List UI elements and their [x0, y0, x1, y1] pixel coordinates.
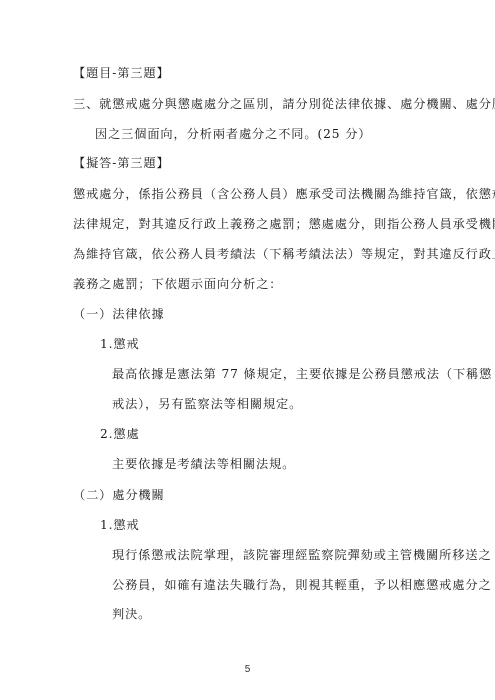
item-text-line: 最高依據是憲法第 77 條規定，主要依據是公務員懲戒法（下稱懲 [112, 366, 492, 382]
item-text-line: 判決。 [112, 606, 151, 622]
question-header: 【題目-第三題】 [73, 65, 170, 81]
item-label-punishment: 2.懲處 [100, 426, 140, 442]
item-text-line: 戒法），另有監察法等相關規定。 [112, 396, 302, 412]
intro-line-4: 義務之處罰；下依題示面向分析之： [73, 276, 282, 292]
item-text-line: 主要依據是考績法等相關法規。 [112, 456, 295, 472]
intro-line-3: 為維持官箴，依公務人員考績法（下稱考績法法）等規定，對其違反行政上 [73, 246, 495, 262]
document-page: 【題目-第三題】 三、就懲戒處分與懲處處分之區別，請分別從法律依據、處分機關、處… [0, 0, 495, 700]
item-text-line: 公務員，如確有違法失職行為，則視其輕重，予以相應懲戒處分之 [112, 577, 492, 593]
page-number: 5 [0, 664, 495, 675]
item-text-line: 現行係懲戒法院掌理，該院審理經監察院彈劾或主管機關所移送之 [112, 547, 492, 563]
section-heading-authority: （二）處分機關 [73, 487, 165, 503]
section-heading-legal-basis: （一）法律依據 [73, 306, 165, 322]
intro-line-2: 法律規定，對其違反行政上義務之處罰；懲處處分，則指公務人員承受機關 [73, 216, 495, 232]
question-text-line-2: 因之三個面向，分析兩者處分之不同。(25 分） [95, 126, 371, 142]
question-text-line-1: 三、就懲戒處分與懲處處分之區別，請分別從法律依據、處分機關、處分原 [73, 96, 495, 112]
item-label-discipline: 1.懲戒 [100, 517, 140, 533]
item-label-discipline: 1.懲戒 [100, 336, 140, 352]
intro-line-1: 懲戒處分，係指公務員（含公務人員）應承受司法機關為維持官箴，依懲戒 [73, 186, 495, 202]
answer-header: 【擬答-第三題】 [73, 155, 170, 171]
